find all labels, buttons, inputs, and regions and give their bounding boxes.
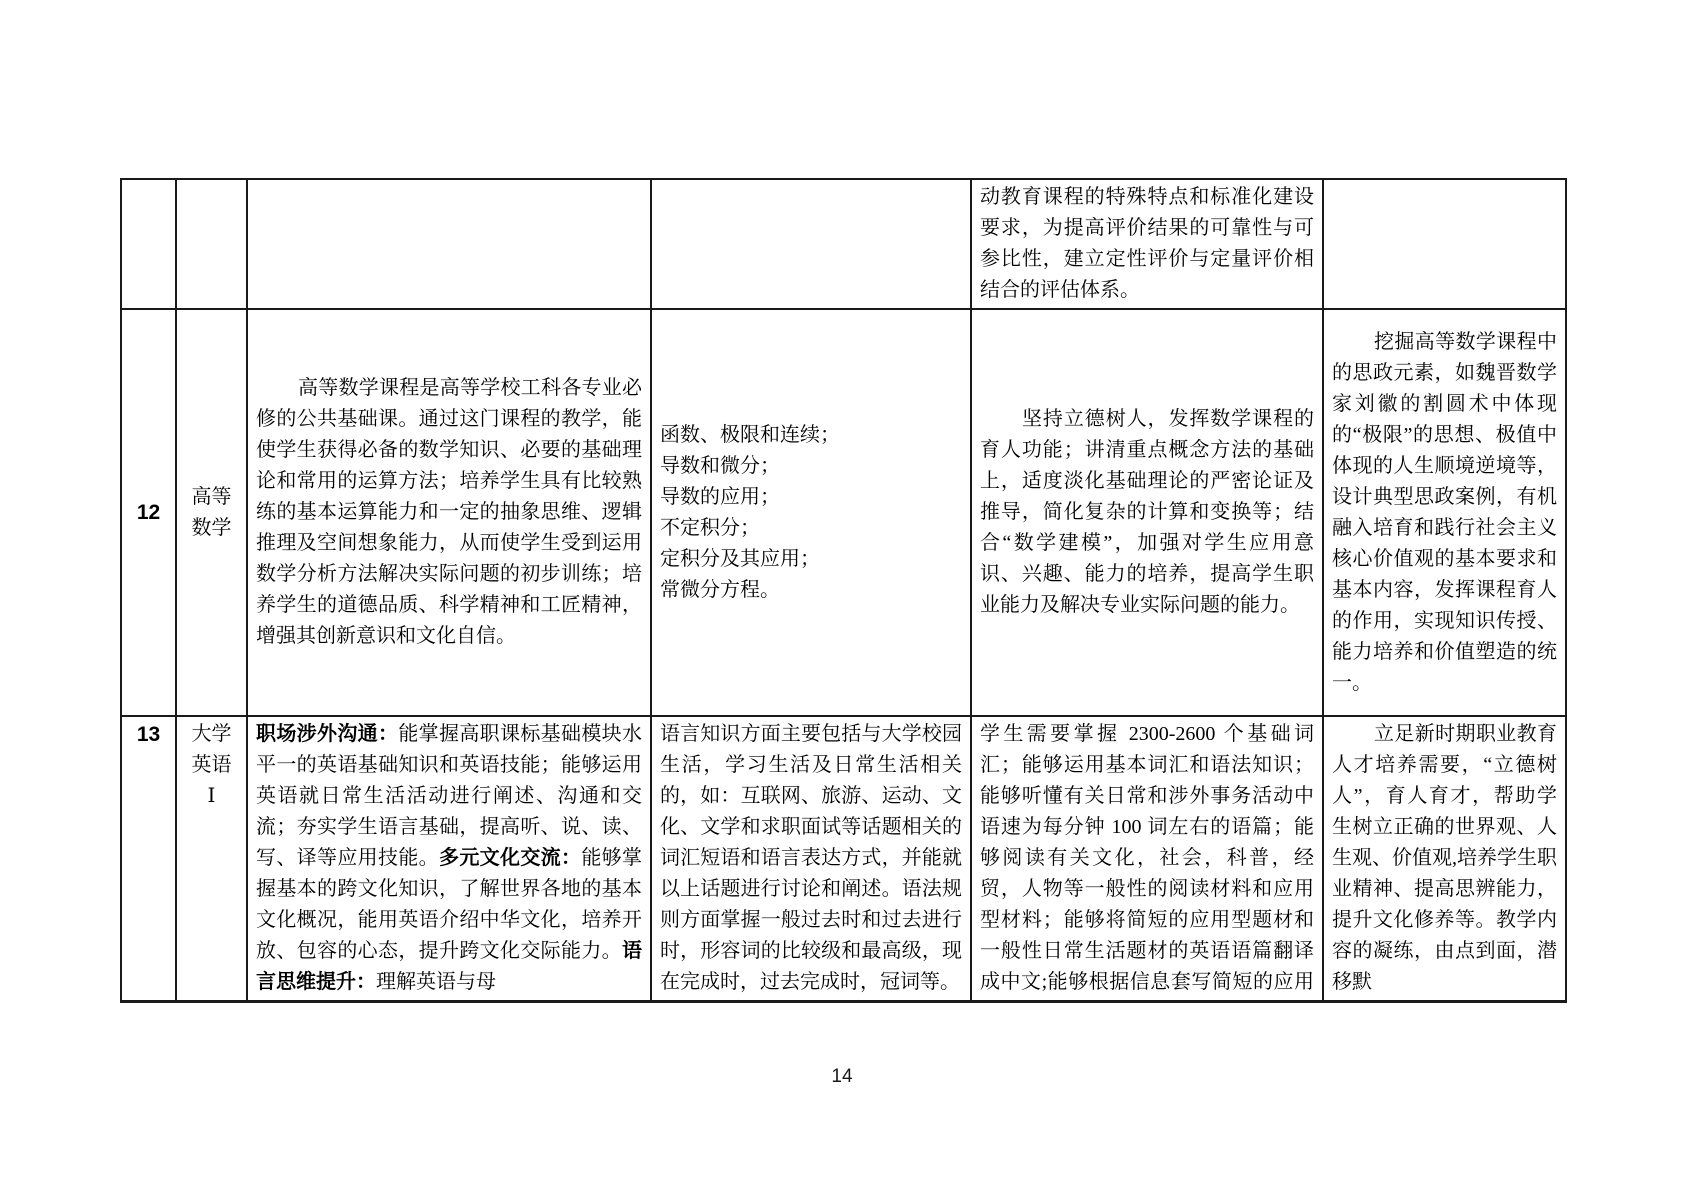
course-description-text: 职场涉外沟通：能掌握高职课标基础模块水平一的英语基础知识和英语技能；能够运用英语… — [256, 719, 642, 998]
course-description-text: 高等数学课程是高等学校工科各专业必修的公共基础课。通过这门课程的教学，能使学生获… — [256, 373, 642, 652]
table-row-13: 13 大学 英语 Ⅰ 职场涉外沟通：能掌握高职课标基础模块水平一的英语基础知识和… — [121, 716, 1566, 1002]
cell-requirements: 学生需要掌握 2300-2600 个基础词汇；能够运用基本词汇和语法知识；能够听… — [971, 716, 1323, 1002]
cell-requirements-continued: 动教育课程的特殊特点和标准化建设要求，为提高评价结果的可靠性与可参比性，建立定性… — [971, 179, 1323, 309]
cell-ideology — [1323, 179, 1566, 309]
table-row-12: 12 高等 数学 高等数学课程是高等学校工科各专业必修的公共基础课。通过这门课程… — [121, 309, 1566, 716]
requirements-text: 学生需要掌握 2300-2600 个基础词汇；能够运用基本词汇和语法知识；能够听… — [980, 719, 1314, 998]
cell-teaching-content: 语言知识方面主要包括与大学校园生活，学习生活及日常生活相关的，如：互联网、旅游、… — [651, 716, 971, 1002]
ideology-text: 挖掘高等数学课程中的思政元素，如魏晋数学家刘徽的割圆术中体现的“极限”的思想、极… — [1332, 327, 1557, 699]
cell-course-description: 高等数学课程是高等学校工科各专业必修的公共基础课。通过这门课程的教学，能使学生获… — [247, 309, 651, 716]
page-number: 14 — [0, 1066, 1684, 1088]
document-page: 动教育课程的特殊特点和标准化建设要求，为提高评价结果的可靠性与可参比性，建立定性… — [0, 0, 1684, 1191]
run-in-heading: 多元文化交流： — [439, 847, 581, 869]
cell-course-name: 高等 数学 — [176, 309, 247, 716]
cell-teaching-content — [651, 179, 971, 309]
teaching-content-text: 语言知识方面主要包括与大学校园生活，学习生活及日常生活相关的，如：互联网、旅游、… — [660, 719, 962, 998]
description-segment: 理解英语与母 — [376, 971, 496, 993]
cell-ideology: 立足新时期职业教育人才培养需要，“立德树人”，育人育才，帮助学生树立正确的世界观… — [1323, 716, 1566, 1002]
cell-row-number — [121, 179, 176, 309]
ideology-text: 立足新时期职业教育人才培养需要，“立德树人”，育人育才，帮助学生树立正确的世界观… — [1332, 719, 1557, 998]
cell-teaching-content: 函数、极限和连续； 导数和微分； 导数的应用； 不定积分； 定积分及其应用； 常… — [651, 309, 971, 716]
table-row-continued: 动教育课程的特殊特点和标准化建设要求，为提高评价结果的可靠性与可参比性，建立定性… — [121, 179, 1566, 309]
requirements-text: 坚持立德树人，发挥数学课程的育人功能；讲清重点概念方法的基础上，适度淡化基础理论… — [980, 404, 1314, 621]
curriculum-table: 动教育课程的特殊特点和标准化建设要求，为提高评价结果的可靠性与可参比性，建立定性… — [120, 178, 1567, 1003]
cell-course-description — [247, 179, 651, 309]
run-in-heading: 职场涉外沟通： — [256, 723, 398, 745]
cell-row-number: 13 — [121, 716, 176, 1002]
cell-course-name: 大学 英语 Ⅰ — [176, 716, 247, 1002]
cell-ideology: 挖掘高等数学课程中的思政元素，如魏晋数学家刘徽的割圆术中体现的“极限”的思想、极… — [1323, 309, 1566, 716]
cell-course-name — [176, 179, 247, 309]
cell-row-number: 12 — [121, 309, 176, 716]
cell-requirements: 坚持立德树人，发挥数学课程的育人功能；讲清重点概念方法的基础上，适度淡化基础理论… — [971, 309, 1323, 716]
teaching-content-list: 函数、极限和连续； 导数和微分； 导数的应用； 不定积分； 定积分及其应用； 常… — [660, 420, 962, 606]
cell-course-description: 职场涉外沟通：能掌握高职课标基础模块水平一的英语基础知识和英语技能；能够运用英语… — [247, 716, 651, 1002]
